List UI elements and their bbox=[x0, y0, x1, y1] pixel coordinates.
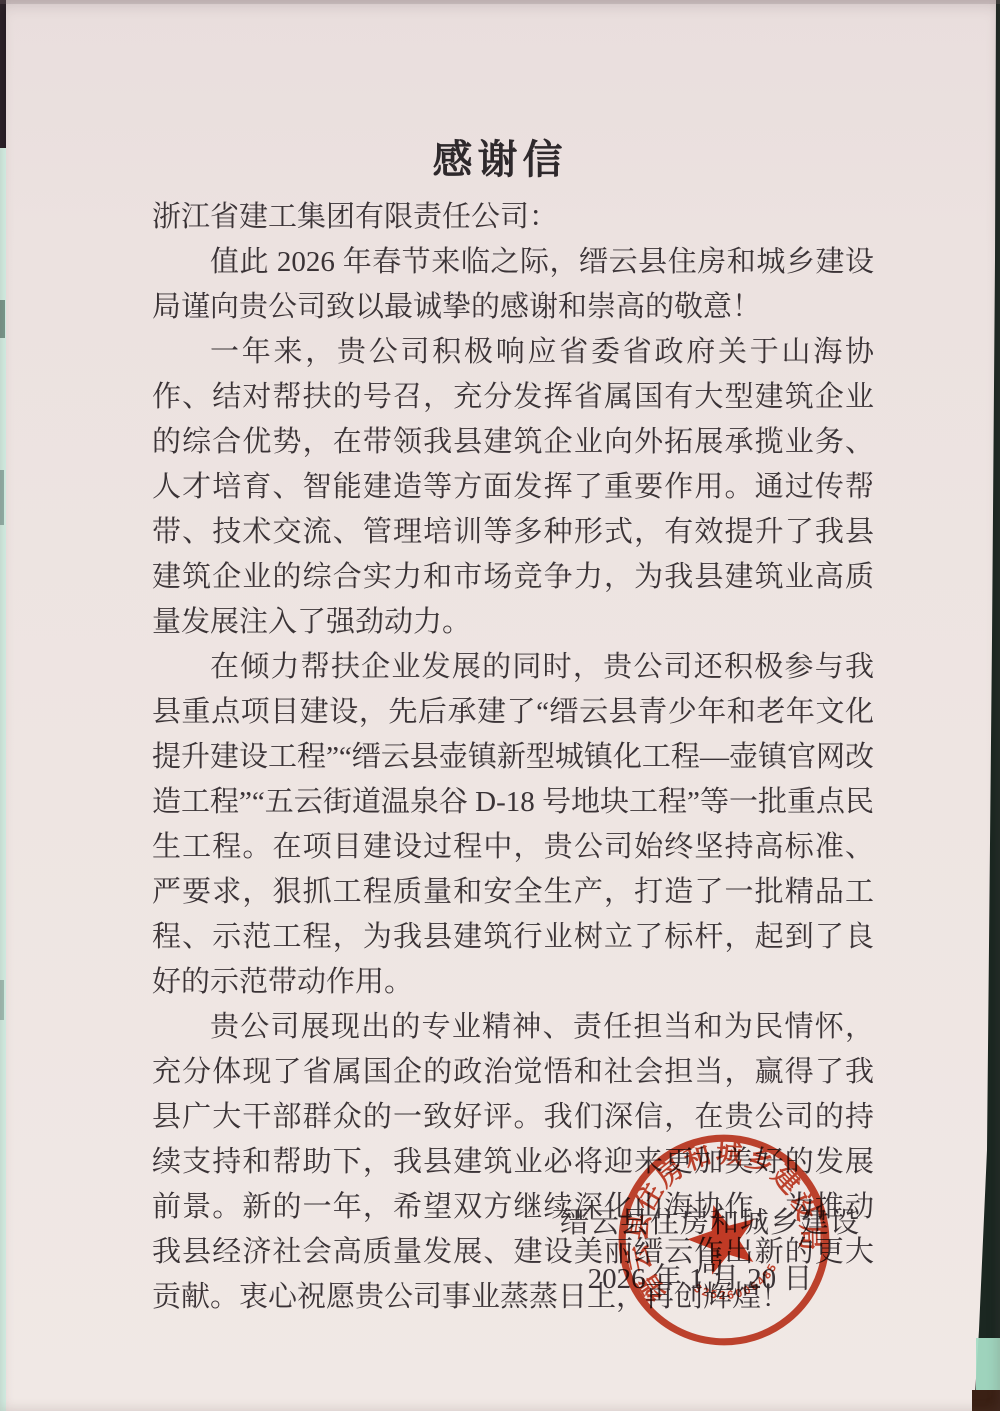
letter-page: 感谢信 浙江省建工集团有限责任公司： 值此 2026 年春节来临之际，缙云县住房… bbox=[0, 0, 1000, 1411]
edge-right-dark bbox=[974, 0, 1000, 1411]
edge-right-brown bbox=[972, 1390, 1000, 1411]
star-icon bbox=[680, 1195, 766, 1279]
edge-left-mark3 bbox=[0, 980, 4, 1020]
edge-right-mint bbox=[976, 1338, 1000, 1390]
salutation: 浙江省建工集团有限责任公司： bbox=[152, 195, 874, 240]
edge-left-mint bbox=[0, 148, 6, 1411]
paragraph-cooperation: 一年来，贵公司积极响应省委省政府关于山海协作、结对帮扶的号召，充分发挥省属国有大… bbox=[152, 330, 874, 645]
paragraph-projects: 在倾力帮扶企业发展的同时，贵公司还积极参与我县重点项目建设，先后承建了“缙云县青… bbox=[152, 645, 874, 1005]
paragraph-greeting: 值此 2026 年春节来临之际，缙云县住房和城乡建设局谨向贵公司致以最诚挚的感谢… bbox=[152, 240, 874, 330]
edge-left-mark2 bbox=[0, 470, 4, 525]
edge-left-mark1 bbox=[0, 300, 5, 338]
edge-top-line bbox=[0, 0, 1000, 4]
page-title: 感谢信 bbox=[0, 128, 1000, 185]
